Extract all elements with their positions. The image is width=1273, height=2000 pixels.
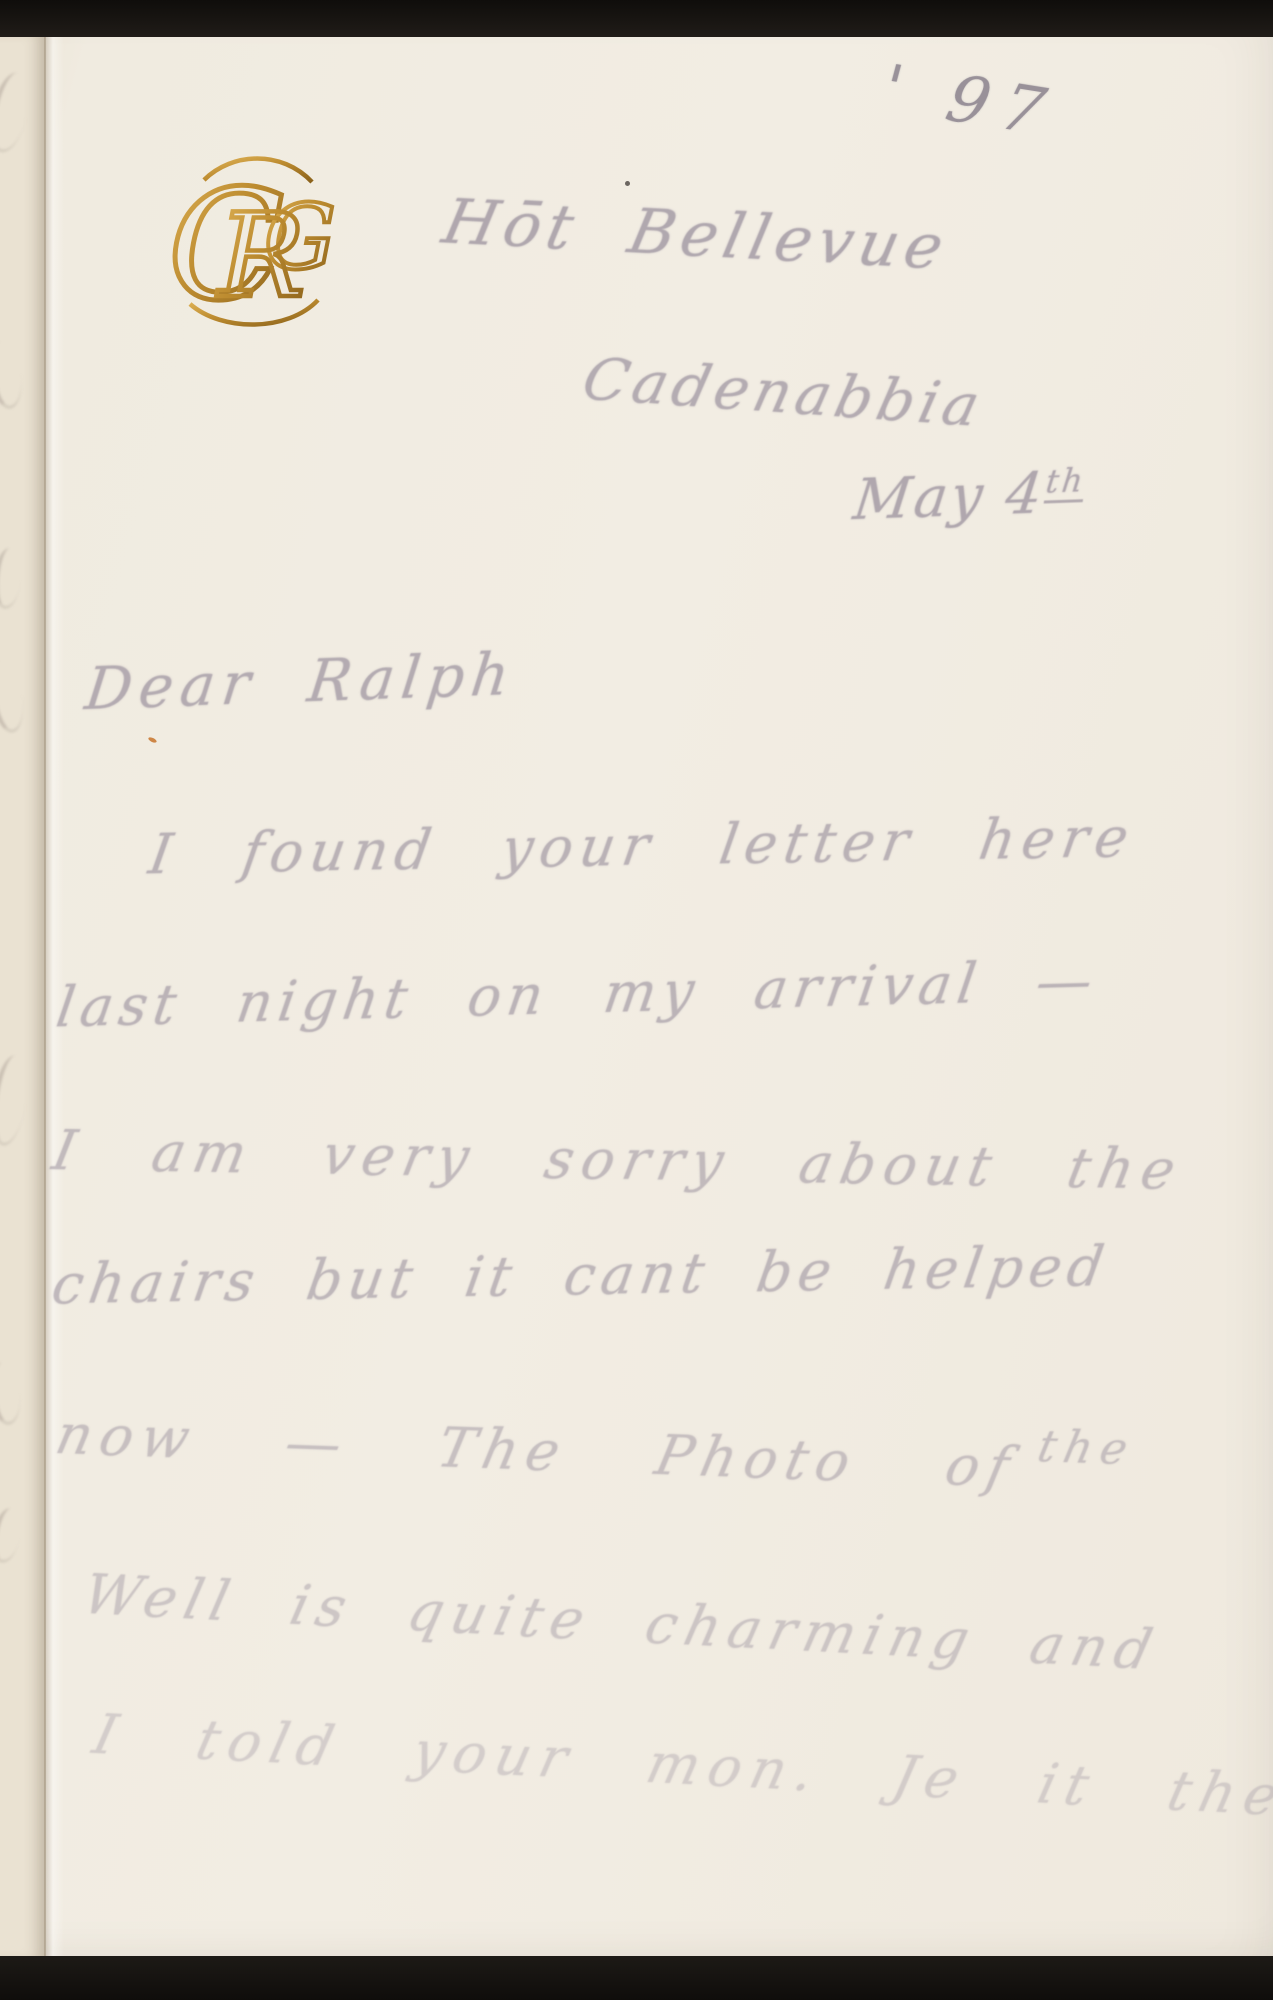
date-suffix: th — [1043, 461, 1088, 504]
gold-monogram: C G R — [166, 146, 338, 338]
film-border-bottom — [0, 1956, 1273, 2000]
date-main: May 4 — [850, 461, 1049, 533]
dust-speck — [625, 181, 630, 186]
previous-page-edge — [0, 37, 46, 1956]
heading-date: May 4th — [850, 460, 1088, 533]
film-border-top — [0, 0, 1273, 37]
raised-word: the — [1033, 1421, 1140, 1475]
letter-photograph: C G R ' 97 Hōt Bellevue Cadenabbia May 4… — [0, 0, 1273, 2000]
monogram-letter: R — [216, 189, 305, 324]
